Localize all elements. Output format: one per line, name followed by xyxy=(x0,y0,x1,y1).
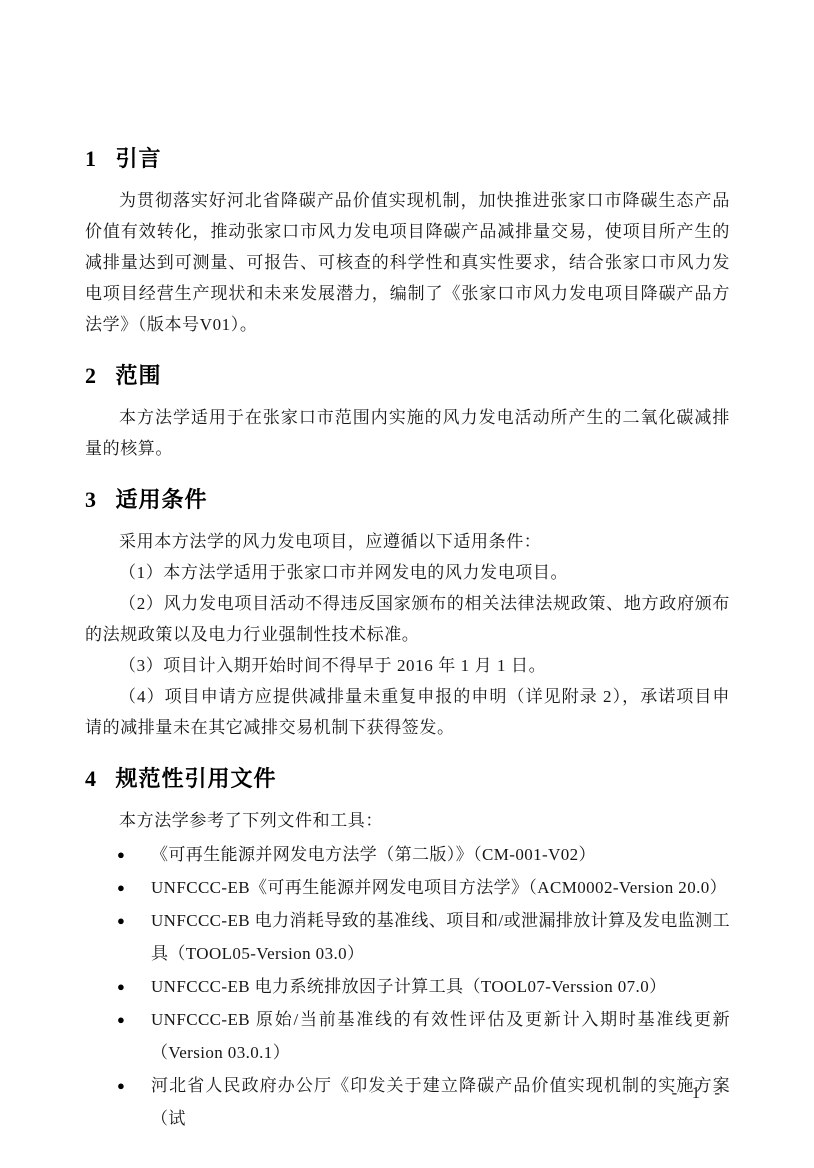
bullet-icon: ● xyxy=(117,970,151,1003)
section-intro: 1 引言 为贯彻落实好河北省降碳产品价值实现机制，加快推进张家口市降碳生态产品价… xyxy=(85,144,730,340)
condition-item: （3）项目计入期开始时间不得早于 2016 年 1 月 1 日。 xyxy=(85,650,730,681)
conditions-lead: 采用本方法学的风力发电项目，应遵循以下适用条件： xyxy=(85,526,730,557)
section-references-number: 4 xyxy=(85,766,97,791)
references-list: ● 《可再生能源并网发电方法学（第二版）》（CM-001-V02） ● UNFC… xyxy=(85,838,730,1135)
section-intro-heading: 1 引言 xyxy=(85,144,730,174)
section-scope-heading: 2 范围 xyxy=(85,361,730,391)
section-scope-number: 2 xyxy=(85,363,97,388)
reference-item: ● UNFCCC-EB 电力消耗导致的基准线、项目和/或泄漏排放计算及发电监测工… xyxy=(117,904,730,970)
bullet-icon: ● xyxy=(117,1069,151,1102)
reference-item: ● UNFCCC-EB《可再生能源并网发电项目方法学》（ACM0002-Vers… xyxy=(117,871,730,904)
section-references-heading: 4 规范性引用文件 xyxy=(85,764,730,794)
section-scope-title: 范围 xyxy=(116,363,162,388)
section-intro-title: 引言 xyxy=(116,146,162,171)
condition-item: （1）本方法学适用于张家口市并网发电的风力发电项目。 xyxy=(85,557,730,588)
reference-item: ● 河北省人民政府办公厅《印发关于建立降碳产品价值实现机制的实施方案（试 xyxy=(117,1069,730,1135)
reference-item-text: UNFCCC-EB 电力消耗导致的基准线、项目和/或泄漏排放计算及发电监测工具（… xyxy=(151,904,730,970)
section-conditions-number: 3 xyxy=(85,487,97,512)
reference-item-text: UNFCCC-EB 电力系统排放因子计算工具（TOOL07-Verssion 0… xyxy=(151,970,730,1003)
condition-item: （4）项目申请方应提供减排量未重复申报的申明（详见附录 2），承诺项目申请的减排… xyxy=(85,681,730,743)
reference-item-text: UNFCCC-EB 原始/当前基准线的有效性评估及更新计入期时基准线更新（Ver… xyxy=(151,1003,730,1069)
section-intro-number: 1 xyxy=(85,146,97,171)
reference-item-text: UNFCCC-EB《可再生能源并网发电项目方法学》（ACM0002-Versio… xyxy=(151,871,730,904)
section-references-title: 规范性引用文件 xyxy=(116,766,277,791)
section-references: 4 规范性引用文件 本方法学参考了下列文件和工具： ● 《可再生能源并网发电方法… xyxy=(85,764,730,1135)
conditions-list: （1）本方法学适用于张家口市并网发电的风力发电项目。 （2）风力发电项目活动不得… xyxy=(85,557,730,743)
section-conditions: 3 适用条件 采用本方法学的风力发电项目，应遵循以下适用条件： （1）本方法学适… xyxy=(85,485,730,743)
scope-paragraph: 本方法学适用于在张家口市范围内实施的风力发电活动所产生的二氧化碳减排量的核算。 xyxy=(85,402,730,464)
bullet-icon: ● xyxy=(117,1003,151,1036)
bullet-icon: ● xyxy=(117,871,151,904)
references-lead: 本方法学参考了下列文件和工具： xyxy=(85,805,730,836)
section-scope: 2 范围 本方法学适用于在张家口市范围内实施的风力发电活动所产生的二氧化碳减排量… xyxy=(85,361,730,464)
document-page: 1 引言 为贯彻落实好河北省降碳产品价值实现机制，加快推进张家口市降碳生态产品价… xyxy=(0,0,814,1168)
reference-item-text: 《可再生能源并网发电方法学（第二版）》（CM-001-V02） xyxy=(151,838,730,871)
reference-item-text: 河北省人民政府办公厅《印发关于建立降碳产品价值实现机制的实施方案（试 xyxy=(151,1069,730,1135)
section-conditions-title: 适用条件 xyxy=(116,487,208,512)
page-number: - 1 - xyxy=(672,1077,722,1108)
section-conditions-heading: 3 适用条件 xyxy=(85,485,730,515)
reference-item: ● UNFCCC-EB 电力系统排放因子计算工具（TOOL07-Verssion… xyxy=(117,970,730,1003)
reference-item: ● 《可再生能源并网发电方法学（第二版）》（CM-001-V02） xyxy=(117,838,730,871)
reference-item: ● UNFCCC-EB 原始/当前基准线的有效性评估及更新计入期时基准线更新（V… xyxy=(117,1003,730,1069)
condition-item: （2）风力发电项目活动不得违反国家颁布的相关法律法规政策、地方政府颁布的法规政策… xyxy=(85,588,730,650)
bullet-icon: ● xyxy=(117,904,151,937)
intro-paragraph: 为贯彻落实好河北省降碳产品价值实现机制，加快推进张家口市降碳生态产品价值有效转化… xyxy=(85,185,730,340)
bullet-icon: ● xyxy=(117,838,151,871)
